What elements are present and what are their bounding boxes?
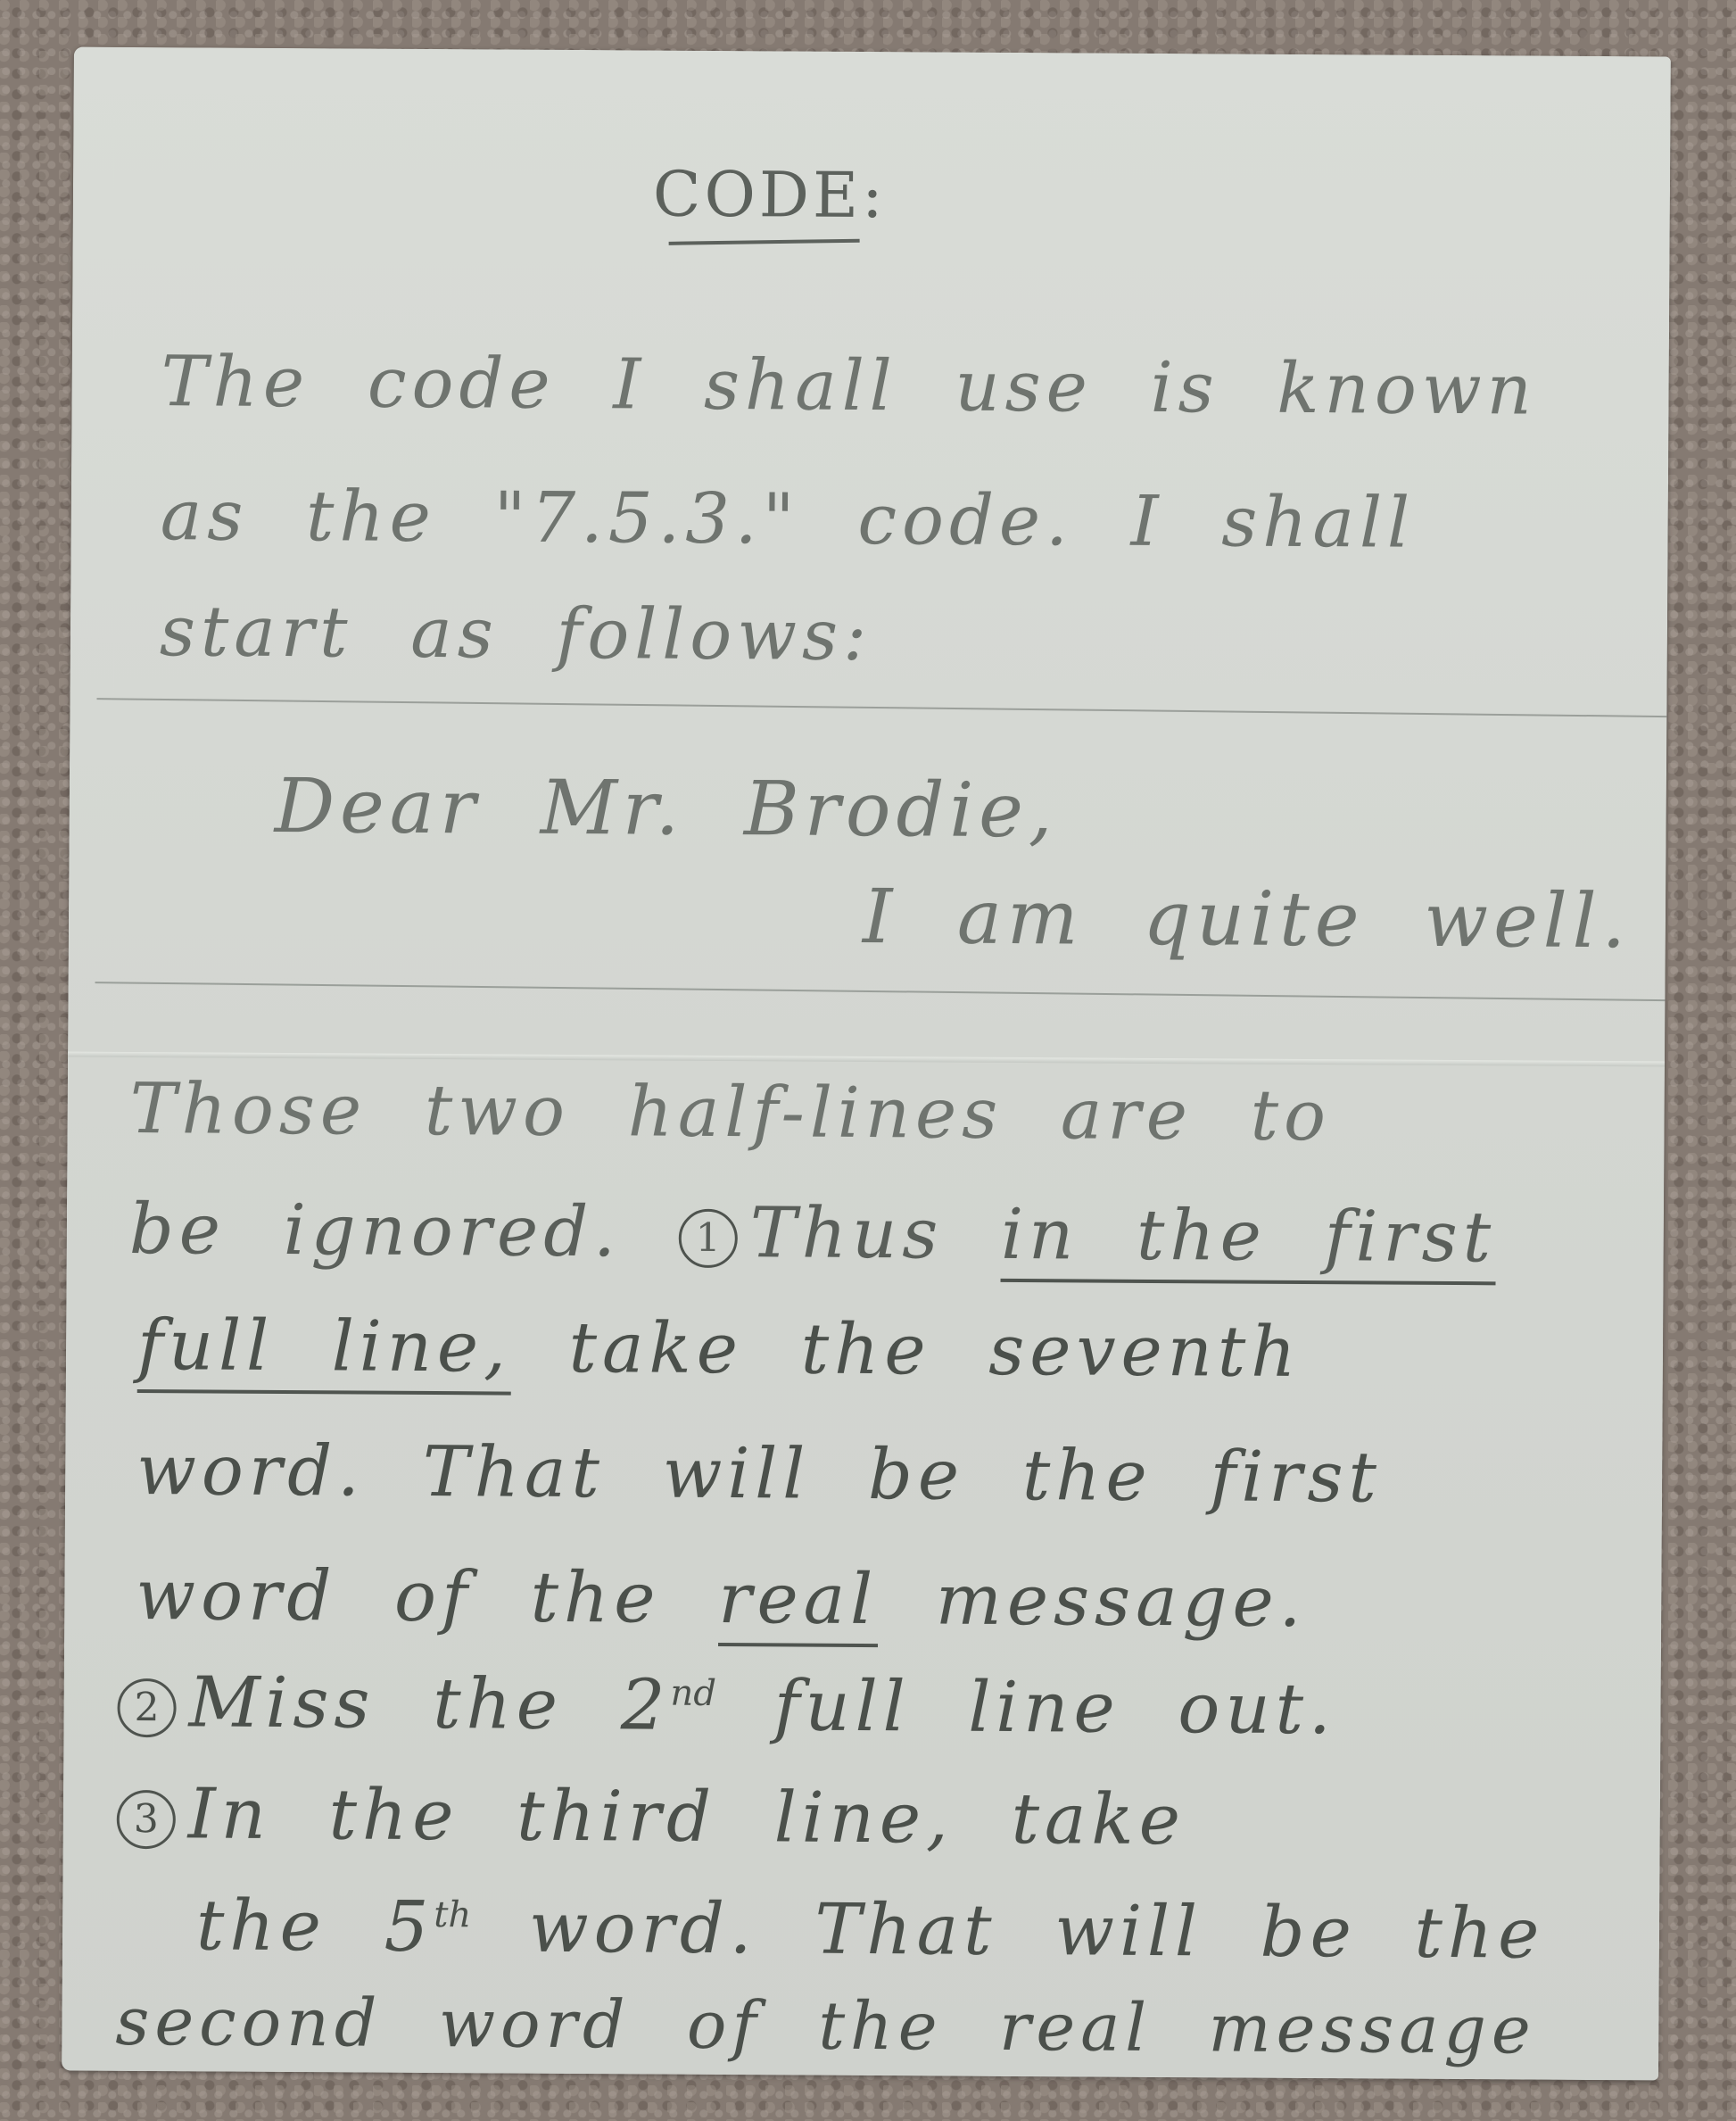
text-word-of-the: word of the [136,1555,661,1639]
intro-line-3: start as follows: [160,592,872,676]
text-word-that-will-be: word. That will be the [529,1888,1545,1975]
underlined-in-the-first: in the first [1001,1195,1497,1285]
instruction-step-3: 3In the third line, take [117,1774,1186,1860]
instruction-line-9: second word of the real message [115,1984,1536,2069]
letter-sheet: CODE: The code I shall use is known as t… [62,47,1671,2081]
instruction-line-1: Those two half-lines are to [129,1069,1331,1156]
text-full-line-out: full line out. [773,1666,1336,1750]
code-heading: CODE: [653,158,887,233]
ruled-line-top [96,698,1666,717]
intro-line-2: as the "7.5.3." code. I shall [160,476,1415,564]
superscript-nd: nd [670,1673,716,1714]
instruction-line-2: be ignored. 1Thus in the first [129,1189,1497,1278]
superscript-th: th [434,1894,471,1935]
instruction-line-5: word of the real message. [136,1555,1307,1643]
text-message: message. [936,1560,1307,1643]
text-thus: Thus [749,1193,943,1274]
instruction-line-8: the 5th word. That will be the [196,1885,1545,1974]
text-the-5: the 5 [196,1885,434,1968]
underlined-real: real [718,1559,879,1647]
step-3-circle: 3 [117,1789,176,1848]
step-2-circle: 2 [117,1678,176,1736]
text-in-the-third-line: In the third line, take [188,1774,1186,1860]
text-take-seventh: take the seventh [568,1308,1301,1393]
instruction-step-2: 2Miss the 2nd full line out. [117,1662,1336,1750]
underlined-full-line: full line, [137,1305,511,1396]
instruction-line-4: word. That will be the first [136,1430,1382,1519]
instruction-line-3: full line, take the seventh [137,1305,1302,1393]
salutation: Dear Mr. Brodie, [274,762,1057,854]
letter-body: I am quite well. [863,873,1632,965]
paper-fold [68,1052,1665,1067]
heading-underline [669,239,860,245]
heading-text: CODE: [653,158,887,233]
ruled-line-bottom [95,982,1666,1001]
text-be-ignored: be ignored. [129,1189,622,1272]
text-miss-the: Miss the 2 [188,1662,670,1745]
step-1-circle: 1 [679,1208,738,1267]
intro-line-1: The code I shall use is known [161,342,1537,430]
